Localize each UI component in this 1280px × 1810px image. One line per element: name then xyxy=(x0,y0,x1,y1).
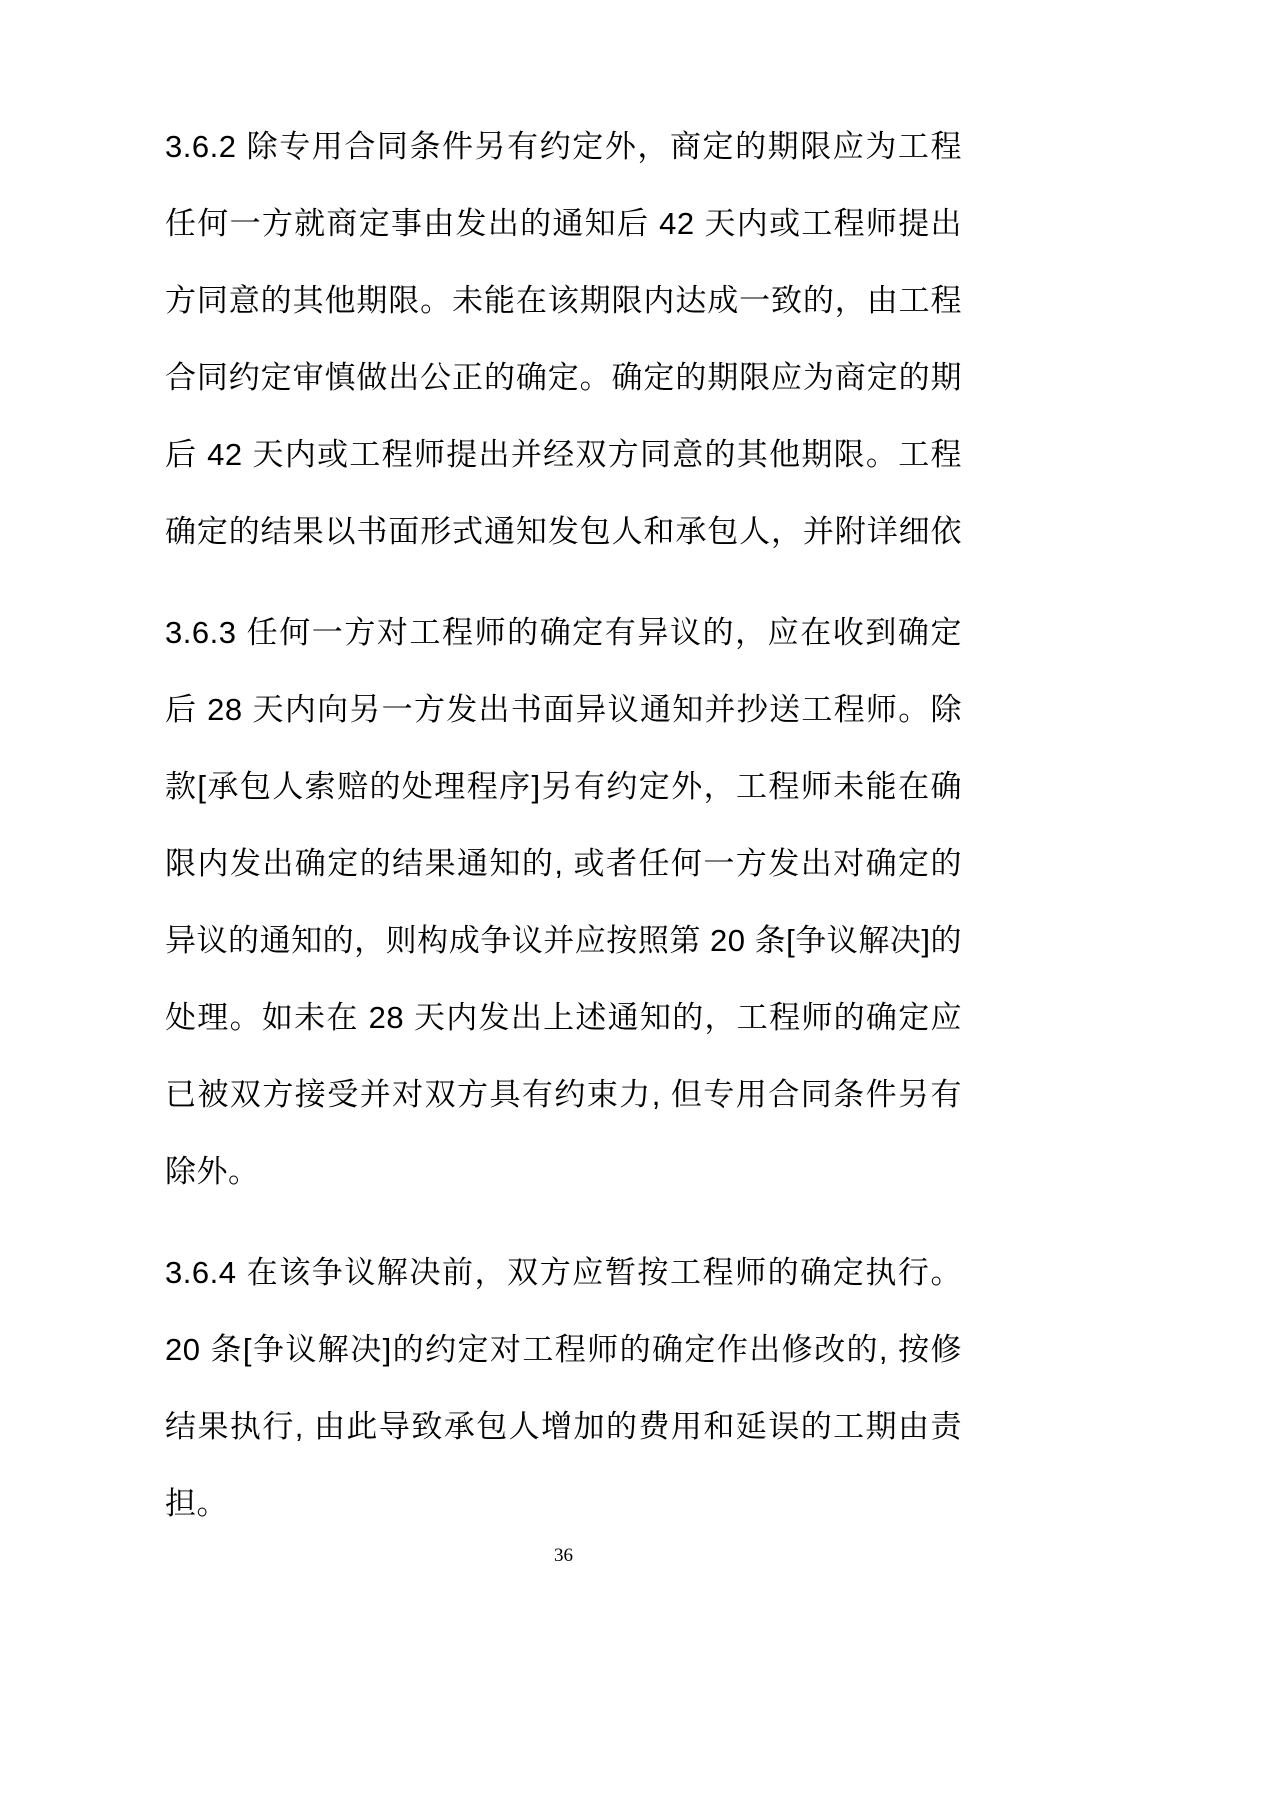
text-line: 任何一方就商定事由发出的通知后 42 天内或工程师提出并经双 xyxy=(165,185,962,262)
text-line: 结果执行, 由此导致承包人增加的费用和延误的工期由责任方承 xyxy=(165,1388,962,1465)
text-line: 方同意的其他期限。未能在该期限内达成一致的，由工程师按照 xyxy=(165,262,962,339)
text-line: 3.6.2 除专用合同条件另有约定外，商定的期限应为工程师收到 xyxy=(165,108,962,185)
text-line: 3.6.4 在该争议解决前，双方应暂按工程师的确定执行。按照第 xyxy=(165,1234,962,1311)
text-line: 确定的结果以书面形式通知发包人和承包人，并附详细依据。 xyxy=(165,493,962,570)
document-page: 3.6.2 除专用合同条件另有约定外，商定的期限应为工程师收到 任何一方就商定事… xyxy=(0,0,1280,1810)
text-line: 担。 xyxy=(165,1465,962,1542)
text-line: 20 条[争议解决]的约定对工程师的确定作出修改的, 按修改后的 xyxy=(165,1311,962,1388)
text-line: 异议的通知的，则构成争议并应按照第 20 条[争议解决]的约定 xyxy=(165,902,962,979)
clause-3-6-3: 3.6.3 任何一方对工程师的确定有异议的，应在收到确定的结果 后 28 天内向… xyxy=(165,594,962,1210)
text-line: 款[承包人索赔的处理程序]另有约定外，工程师未能在确定的期 xyxy=(165,748,962,825)
text-line: 处理。如未在 28 天内发出上述通知的，工程师的确定应被视为 xyxy=(165,979,962,1056)
text-line: 除外。 xyxy=(165,1133,962,1210)
text-line: 限内发出确定的结果通知的, 或者任何一方发出对确定的结果有 xyxy=(165,825,962,902)
clause-3-6-2: 3.6.2 除专用合同条件另有约定外，商定的期限应为工程师收到 任何一方就商定事… xyxy=(165,108,962,570)
text-line: 已被双方接受并对双方具有约束力, 但专用合同条件另有约定的 xyxy=(165,1056,962,1133)
text-line: 后 42 天内或工程师提出并经双方同意的其他期限。工程师应将 xyxy=(165,416,962,493)
page-content: 3.6.2 除专用合同条件另有约定外，商定的期限应为工程师收到 任何一方就商定事… xyxy=(165,108,962,1566)
text-line: 后 28 天内向另一方发出书面异议通知并抄送工程师。除第 19.2 xyxy=(165,671,962,748)
page-number: 36 xyxy=(165,1545,962,1567)
clause-3-6-4: 3.6.4 在该争议解决前，双方应暂按工程师的确定执行。按照第 20 条[争议解… xyxy=(165,1234,962,1542)
text-line: 3.6.3 任何一方对工程师的确定有异议的，应在收到确定的结果 xyxy=(165,594,962,671)
text-line: 合同约定审慎做出公正的确定。确定的期限应为商定的期限届满 xyxy=(165,339,962,416)
